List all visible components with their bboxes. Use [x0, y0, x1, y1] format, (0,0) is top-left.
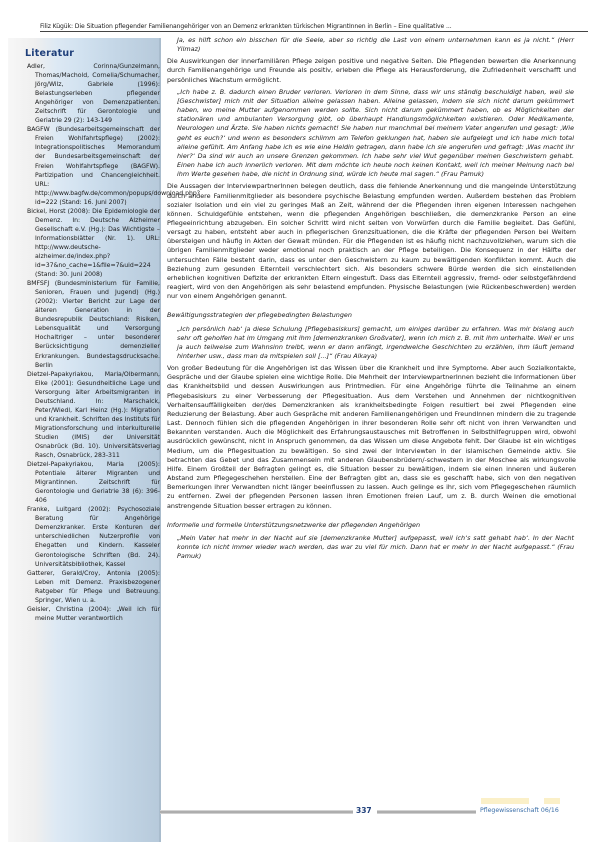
reference-item: Gatterer, Gerald/Croy, Antonia (2005): L…: [27, 569, 160, 605]
reference-item: BAGFW (Bundesarbeitsgemeinschaft der Fre…: [27, 125, 160, 206]
reference-item: Dietzel-Papakyriakou, Maria/Olbermann, E…: [27, 370, 160, 460]
page-number: 337: [356, 806, 372, 815]
body-paragraph: Die Auswirkungen der innerfamiliären Pfl…: [167, 57, 576, 84]
footer-rule-right: [377, 810, 476, 814]
reference-item: Franke, Luitgard (2002): Psychosoziale B…: [27, 505, 160, 568]
interview-quote: „Ich persönlich hab‘ ja diese Schulung […: [167, 325, 576, 362]
reference-list: Adler, Corinna/Gunzelmann, Thomas/Machol…: [27, 62, 160, 623]
footer-highlight: [544, 798, 560, 804]
section-subheading: Bewältigungsstrategien der pflegebedingt…: [167, 311, 576, 320]
interview-quote: „Ich habe z. B. dadurch einen Bruder ver…: [167, 88, 576, 180]
footer-highlight: [481, 798, 529, 804]
body-paragraph: Von großer Bedeutung für die Angehörigen…: [167, 364, 576, 511]
main-text-column: Ja, es hilft schon ein bisschen für die …: [167, 36, 576, 564]
reference-item: Bickel, Horst (2008): Die Epidemiologie …: [27, 207, 160, 279]
reference-item: Dietzel-Papakyriakou, Maria (2005): Pote…: [27, 460, 160, 505]
footer-rule-left: [160, 810, 353, 814]
reference-item: Adler, Corinna/Gunzelmann, Thomas/Machol…: [27, 62, 160, 125]
reference-item: BMFSFJ (Bundesministerium für Familie, S…: [27, 279, 160, 369]
literature-sidebar: Literatur Adler, Corinna/Gunzelmann, Tho…: [8, 38, 161, 842]
interview-quote: „Mein Vater hat mehr in der Nacht auf si…: [167, 534, 576, 561]
section-subheading: Informelle und formelle Unterstützungsne…: [167, 521, 576, 530]
journal-name: Pflegewissenschaft 06/16: [480, 807, 559, 814]
running-header: Filiz Kügük: Die Situation pflegender Fa…: [40, 23, 588, 32]
body-paragraph: Die Aussagen der InterviewpartnerInnen b…: [167, 182, 576, 301]
interview-quote: Ja, es hilft schon ein bisschen für die …: [167, 36, 576, 54]
reference-item: Geisler, Christina (2004): „Weil ich für…: [27, 605, 160, 623]
sidebar-title: Literatur: [25, 48, 74, 59]
